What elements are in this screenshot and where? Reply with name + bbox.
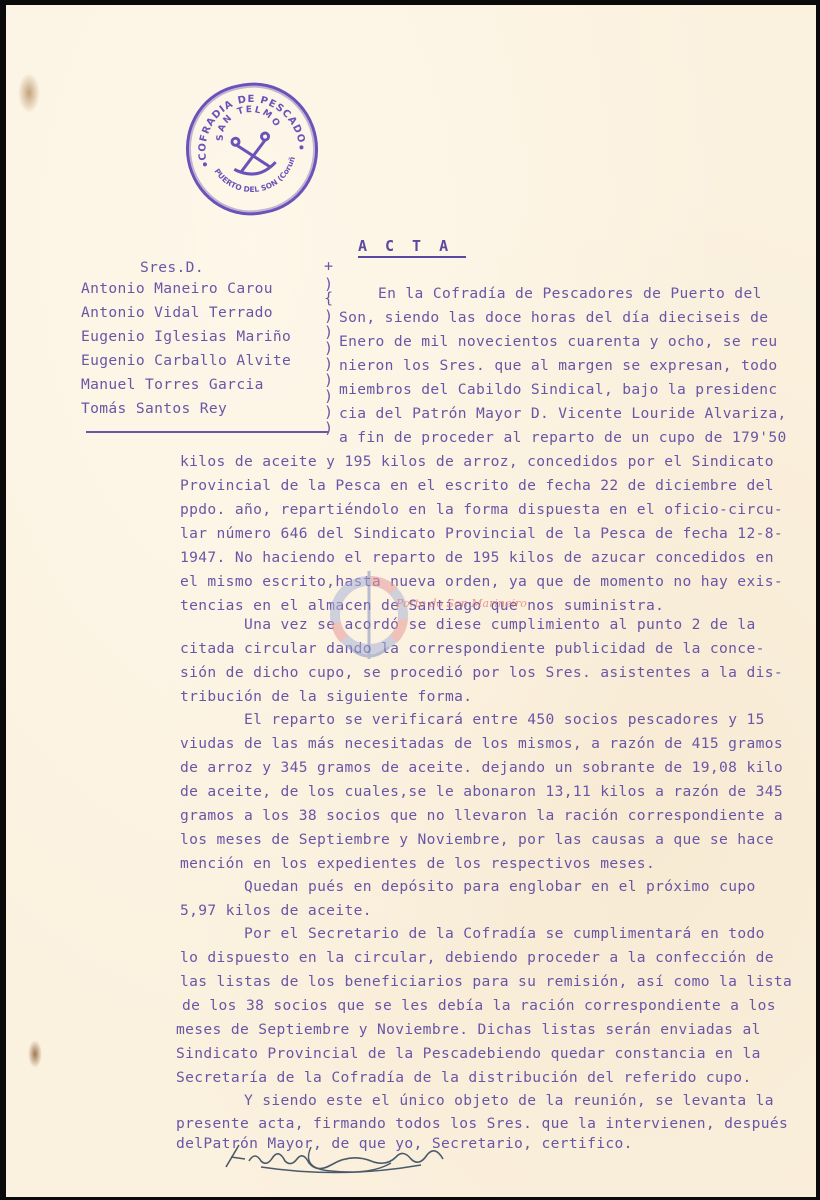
body-line: Enero de mil novecientos cuarenta y ocho… (339, 333, 778, 351)
attendee-name: Antonio Vidal Terrado (81, 304, 273, 322)
signature-icon: Vicente Louride (221, 1137, 471, 1177)
stain-left-mid (28, 1040, 42, 1068)
watermark-text: Porto do Son Marineiro (396, 597, 527, 610)
body-line: lar número 646 del Sindicato Provincial … (180, 525, 783, 543)
body-line: 5,97 kilos de aceite. (180, 902, 372, 920)
body-line: kilos de aceite y 195 kilos de arroz, co… (180, 453, 774, 471)
body-line: Sindicato Provincial de la Pescadebiendo… (176, 1045, 761, 1063)
body-line: cia del Patrón Mayor D. Vicente Louride … (339, 405, 787, 423)
attendee-name: Tomás Santos Rey (81, 400, 227, 418)
attendee-name: Manuel Torres Garcia (81, 376, 264, 394)
cofradia-stamp: COFRADIA DE PESCADORES SAN TELMO PUERTO … (176, 73, 329, 226)
margin-brace: ) (324, 419, 333, 437)
document-title: ACTA (358, 237, 466, 258)
body-line: meses de Septiembre y Noviembre. Dichas … (176, 1021, 761, 1039)
body-line: ppdo. año, repartiéndolo en la forma dis… (180, 501, 783, 519)
margin-brace: { (324, 289, 333, 307)
body-line: tribución de la siguiente forma. (180, 688, 472, 706)
margin-brace: + (324, 257, 333, 275)
body-line: El reparto se verificará entre 450 socio… (244, 711, 765, 729)
body-line: Provincial de la Pesca en el escrito de … (180, 477, 774, 495)
crossed-anchors-icon: COFRADIA DE PESCADORES SAN TELMO PUERTO … (179, 76, 325, 222)
body-line: sión de dicho cupo, se procedió por los … (180, 664, 783, 682)
body-line: el mismo escrito,hasta nueva orden, ya q… (180, 573, 783, 591)
body-line: mención en los expedientes de los respec… (180, 855, 655, 873)
body-line: las listas de los beneficiarios para su … (180, 973, 792, 991)
attendees-heading: Sres.D. (140, 259, 204, 277)
body-line: Por el Secretario de la Cofradía se cump… (244, 925, 765, 943)
body-line: los meses de Septiembre y Noviembre, por… (180, 831, 774, 849)
body-line: 1947. No haciendo el reparto de 195 kilo… (180, 549, 774, 567)
attendees-divider (86, 431, 328, 433)
body-line: miembros del Cabildo Sindical, bajo la p… (339, 381, 778, 399)
body-line: de los 38 socios que se les debía la rac… (182, 997, 776, 1015)
body-line: citada circular dando la correspondiente… (180, 640, 765, 658)
body-line: viudas de las más necesitadas de los mis… (180, 735, 783, 753)
body-line: presente acta, firmando todos los Sres. … (176, 1115, 788, 1133)
attendee-name: Eugenio Iglesias Mariño (81, 328, 291, 346)
stain-top-left (18, 73, 40, 113)
body-line: Una vez se acordó se diese cumplimiento … (244, 616, 756, 634)
document-page: COFRADIA DE PESCADORES SAN TELMO PUERTO … (6, 5, 816, 1197)
attendee-name: Eugenio Carballo Alvite (81, 352, 291, 370)
body-line: a fin de proceder al reparto de un cupo … (339, 429, 787, 447)
attendee-name: Antonio Maneiro Carou (81, 280, 273, 298)
lifebuoy-anchor-watermark-icon (324, 567, 414, 667)
body-line: de arroz y 345 gramos de aceite. dejando… (180, 759, 783, 777)
body-line: Y siendo este el único objeto de la reun… (244, 1092, 774, 1110)
body-line: nieron los Sres. que al margen se expres… (339, 357, 778, 375)
body-line: En la Cofradía de Pescadores de Puerto d… (378, 285, 762, 303)
body-line: Son, siendo las doce horas del día dieci… (339, 309, 768, 327)
body-line: gramos a los 38 socios que no llevaron l… (180, 807, 783, 825)
body-line: de aceite, de los cuales,se le abonaron … (180, 783, 783, 801)
body-line: lo dispuesto en la circular, debiendo pr… (180, 949, 774, 967)
body-line: Secretaría de la Cofradía de la distribu… (176, 1069, 752, 1087)
body-line: Quedan pués en depósito para englobar en… (244, 878, 756, 896)
